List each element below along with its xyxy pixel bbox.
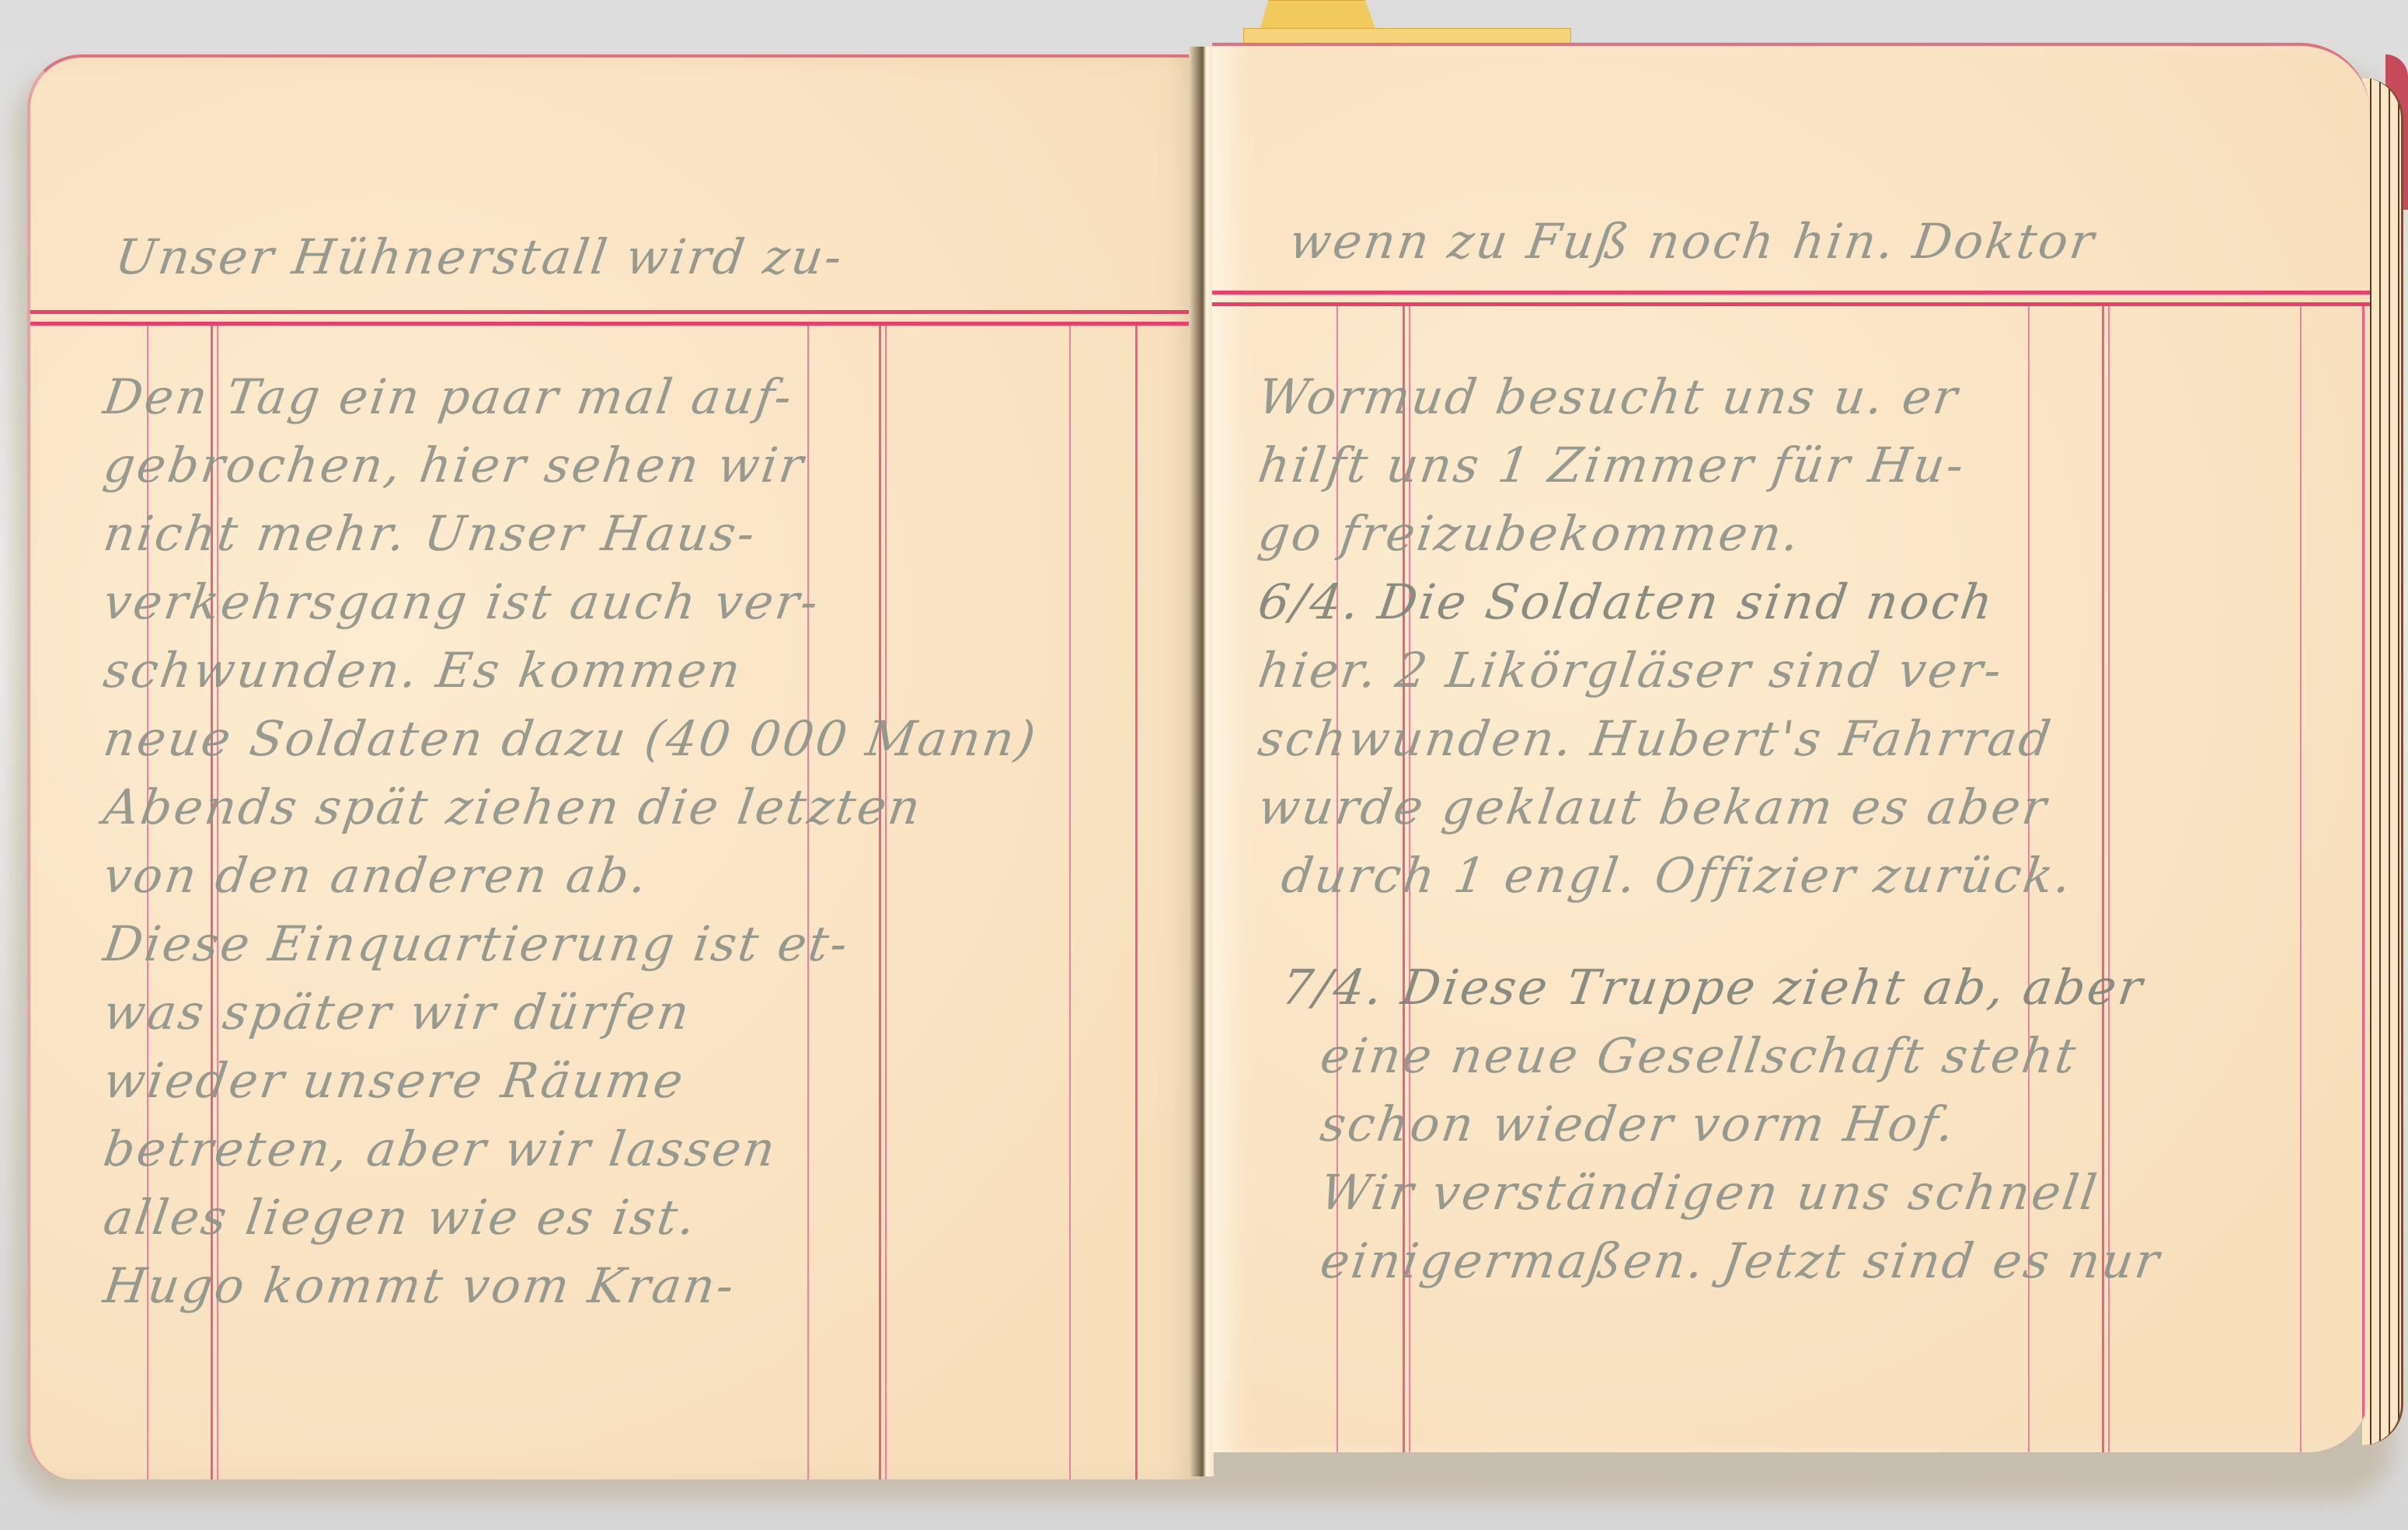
left-page: Unser Hühnerstall wird zu- Den Tag ein p… [27,54,1200,1479]
text-line: Den Tag ein paar mal auf- [100,368,797,425]
text-line: schwunden. Es kommen [100,642,746,699]
header-rule-bottom [30,322,1200,326]
text-line: schwunden. Hubert's Fahrrad [1255,710,2057,767]
text-line: schon wieder vorm Hof. [1317,1096,1960,1152]
text-line: einigermaßen. Jetzt sind es nur [1317,1232,2165,1289]
dated-entry-line: 6/4. Die Soldaten sind noch [1255,573,1999,630]
column-rule [2362,306,2364,1452]
text-line: Hugo kommt vom Kran- [100,1257,740,1314]
text-line: betreten, aber wir lassen [100,1120,781,1177]
column-rule [807,326,809,1479]
text-line: Wormud besucht uns u. er [1255,368,1963,425]
text-line: neue Soldaten dazu (40 000 Mann) [100,710,1041,767]
column-rule [1135,326,1138,1479]
text-line: hier. 2 Likörgläser sind ver- [1255,642,2007,699]
text-line: von den anderen ab. [100,847,653,904]
column-rule [1069,326,1071,1479]
column-rule [885,326,887,1479]
text-line: hilft uns 1 Zimmer für Hu- [1255,437,1970,493]
text-line: go freizubekommen. [1255,505,1805,562]
text-line: Abends spät ziehen die letzten [100,779,926,835]
right-page: wenn zu Fuß noch hin. Doktor Wormud besu… [1212,43,2370,1452]
header-rule-top [1212,291,2370,294]
text-line: gebrochen, hier sehen wir [100,437,809,493]
dated-entry-line: 7/4. Diese Truppe zieht ab, aber [1278,959,2148,1016]
text-line: wurde geklaut bekam es aber [1255,779,2052,835]
heading-line: Unser Hühnerstall wird zu- [112,228,848,285]
header-rule-bottom [1212,302,2370,306]
text-line: was später wir dürfen [100,984,695,1040]
text-line: nicht mehr. Unser Haus- [100,505,761,562]
text-line: durch 1 engl. Offizier zurück. [1278,847,2077,904]
text-line: verkehrsgang ist auch ver- [100,573,824,630]
heading-line: wenn zu Fuß noch hin. Doktor [1286,213,2100,270]
text-line: eine neue Gesellschaft steht [1317,1027,2082,1084]
text-line: alles liegen wie es ist. [100,1189,701,1246]
notebook-spine [1189,47,1214,1476]
open-notebook: Unser Hühnerstall wird zu- Den Tag ein p… [0,0,2408,1530]
header-rule-top [30,310,1200,314]
text-line: Wir verständigen uns schnell [1317,1164,2103,1221]
column-rule [2300,306,2302,1452]
column-rule [879,326,881,1479]
text-line: Diese Einquartierung ist et- [100,915,853,972]
text-line: wieder unsere Räume [100,1052,688,1109]
